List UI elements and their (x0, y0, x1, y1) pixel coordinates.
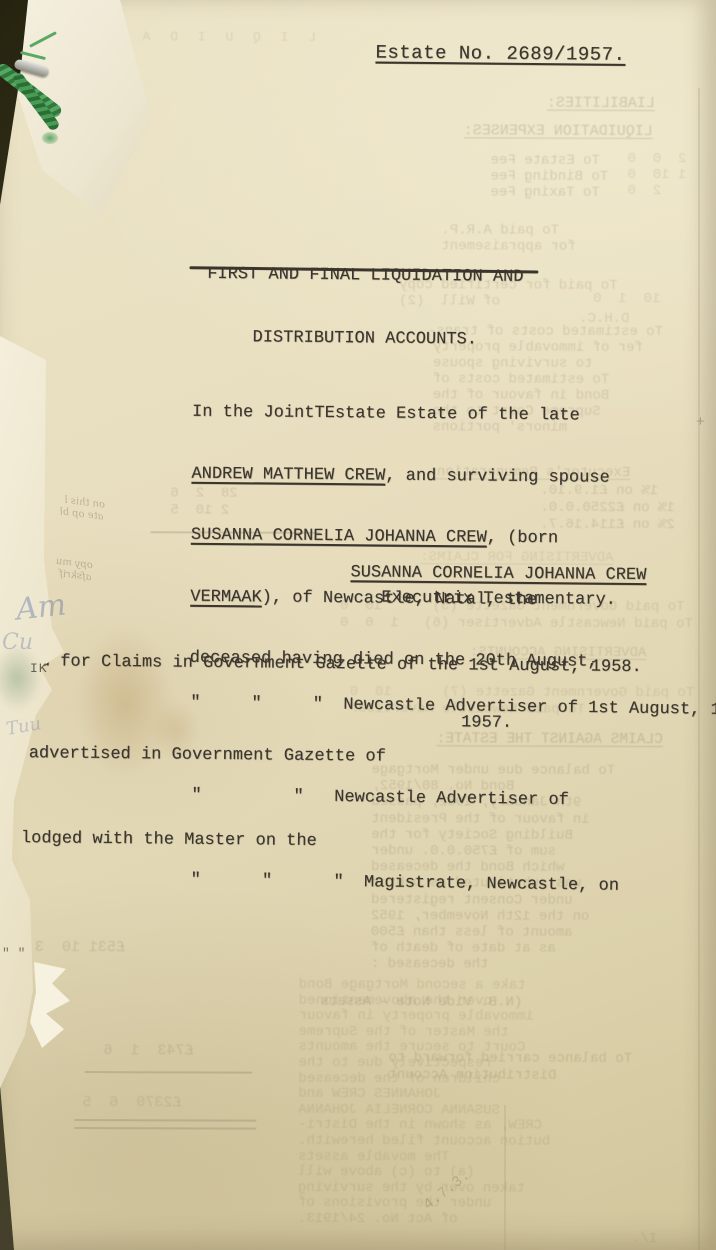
executrix-name: SUSANNA CORNELIA JOHANNA CREW (350, 563, 646, 586)
spouse-name: SUSANNA CORNELIA JOHANNA CREW (191, 526, 487, 548)
notice-lodged-master: lodged with the Master on the (21, 829, 317, 852)
intro-line-3-rest: , (born (487, 529, 559, 549)
stamp-text: IK (30, 661, 48, 676)
notice-advertised-gazette: advertised in Government Gazette of (29, 744, 386, 768)
maiden-name: VERMAAK (190, 587, 262, 607)
intro-line-3: SUSANNA CORNELIA JOHANNA CREW, (born (191, 526, 609, 551)
intro-line-1: In the JointTEstate Estate of the late (192, 403, 610, 428)
underpage-printed-text-2: opy mu afskrif (54, 556, 94, 584)
estate-number: Estate No. 2689/1957. (375, 42, 625, 65)
ink-scribble-1: Am (14, 587, 68, 627)
plus-mark: + (696, 414, 705, 431)
title-line-2: DISTRIBUTION ACCOUNTS. (187, 327, 543, 351)
cord-frayed-end (42, 132, 58, 144)
deceased-name: ANDREW MATTHEW CREW (191, 464, 385, 485)
quote-marks-under-page: " " (2, 946, 25, 961)
intro-line-2: ANDREW MATTHEW CREW, and surviving spous… (191, 464, 609, 489)
scanned-document-photo: L I Q U I D A T I O N LIABILITIES: LIQUI… (0, 0, 716, 1250)
notice-lodged-magistrate: " " " Magistrate, Newcastle, on (190, 871, 619, 897)
notice-advertised-advertiser: " " Newcastle Advertiser of (191, 786, 569, 811)
executrix-role: Executrix Testamentary. (381, 589, 616, 612)
intro-line-2-rest: , and surviving spouse (385, 466, 610, 487)
